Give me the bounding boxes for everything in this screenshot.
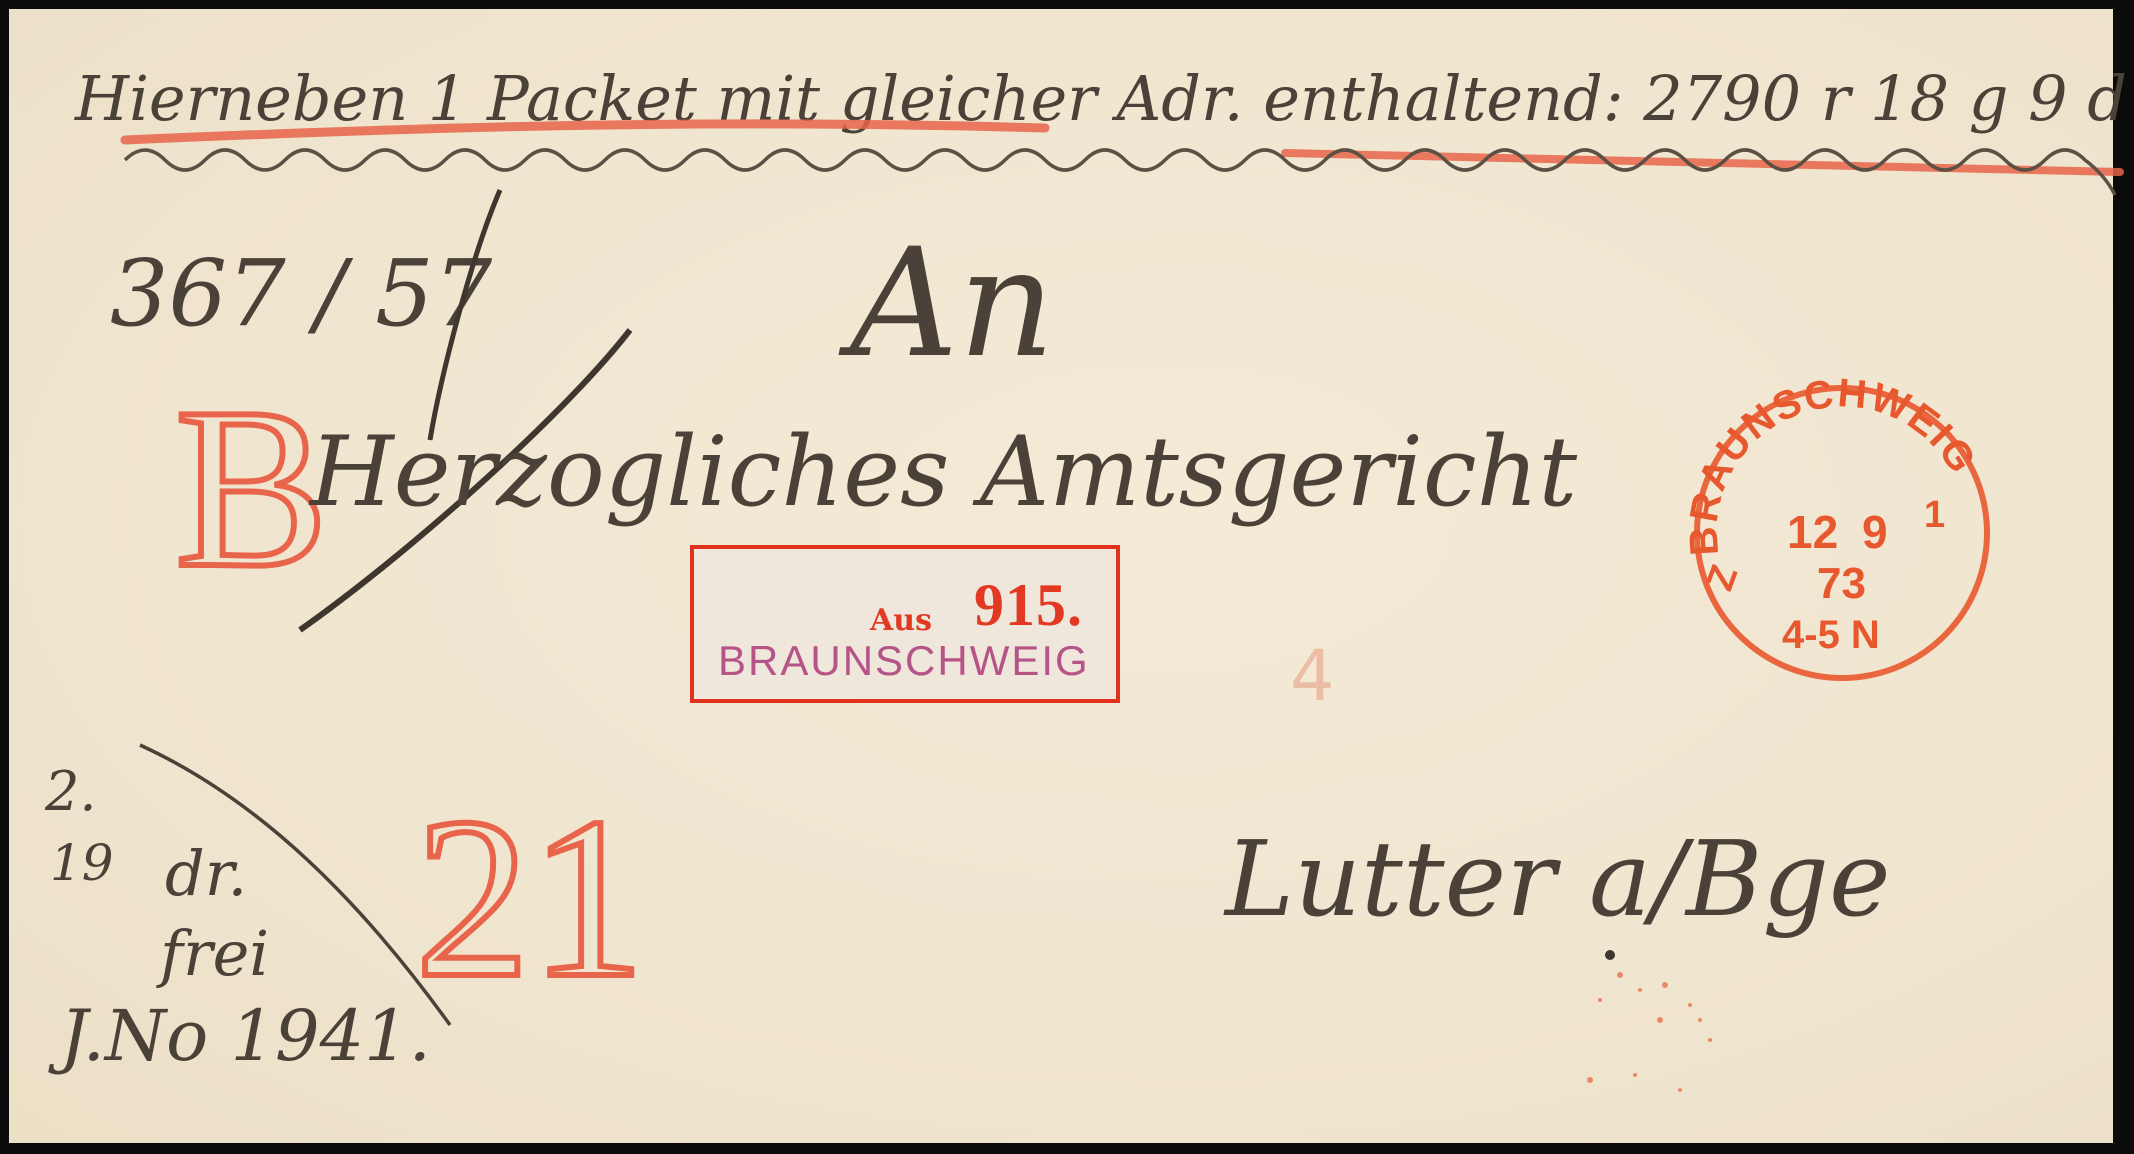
postmark-month: 9 — [1862, 506, 1888, 558]
postmark-time: 4-5 N — [1782, 613, 1880, 657]
postmark-side-right: 1 — [1924, 494, 1945, 536]
label-number: 915. — [974, 571, 1083, 640]
note-line-2: frei — [156, 917, 269, 990]
margin-note-top: 2. — [44, 760, 97, 823]
margin-note-bottom: 19 — [50, 834, 114, 892]
faint-red-mark: 4 — [1290, 635, 1335, 717]
postmark-day: 12 — [1787, 506, 1838, 558]
label-prefix: Aus — [870, 603, 932, 638]
label-city: BRAUNSCHWEIG — [718, 637, 1090, 685]
red-speckles — [1587, 972, 1712, 1092]
note-line-3: J.No 1941. — [48, 995, 431, 1077]
address-destination: Lutter a/Bge — [1223, 818, 1891, 940]
registration-note: 367 / 57 — [110, 240, 493, 347]
header-line: Hierneben 1 Packet mit gleicher Adr. ent… — [74, 62, 2127, 135]
note-line-1: dr. — [165, 837, 247, 910]
address-recipient: Herzogliches Amtsgericht — [308, 416, 1578, 528]
postmark-year: 73 — [1817, 559, 1866, 608]
postmark: BRAUNSCHWEIG Z 1 12 9 73 4-5 N — [1681, 371, 1987, 678]
red-crayon-number: 21 — [415, 770, 645, 1025]
address-salutation: An — [838, 217, 1055, 391]
registration-label: Aus 915. BRAUNSCHWEIG — [690, 545, 1120, 703]
red-crayon-letter: B — [175, 360, 328, 615]
ink-dot — [1605, 950, 1615, 960]
wavy-flourish — [125, 150, 2115, 195]
